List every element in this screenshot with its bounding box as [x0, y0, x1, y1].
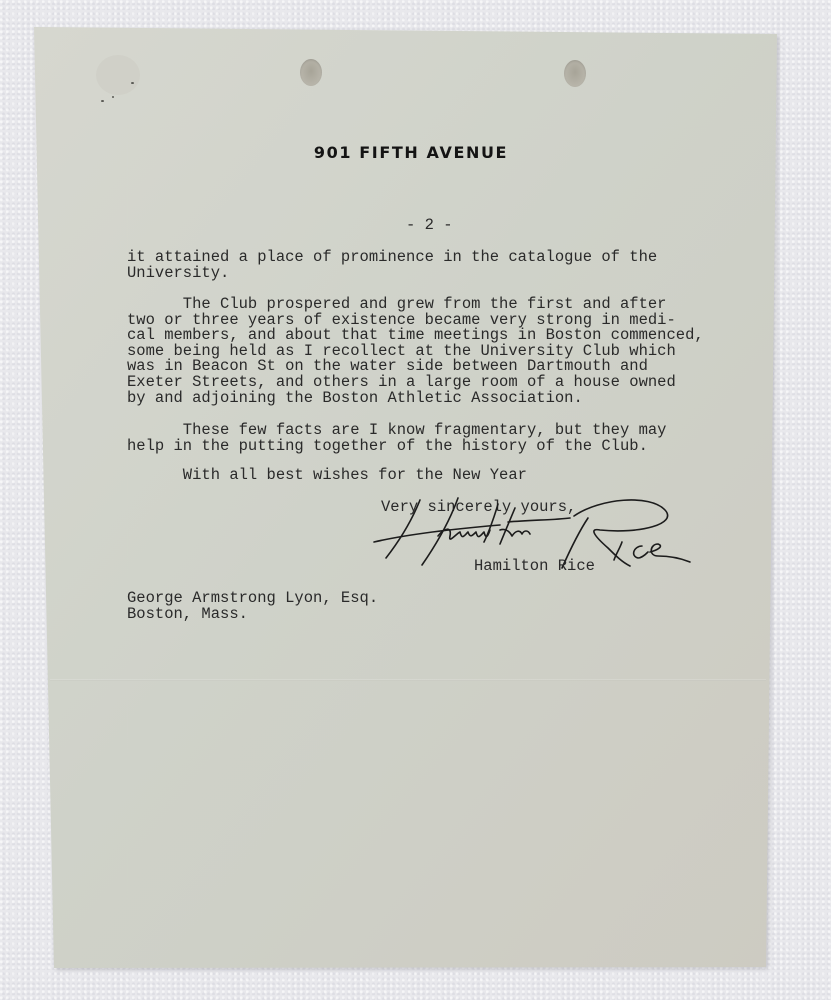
photo-background: 901 FIFTH AVENUE - 2 - it attained a pla… [0, 0, 831, 1000]
typed-signatory-name: Hamilton Rice [474, 559, 595, 575]
body-paragraph-2: The Club prospered and grew from the fir… [127, 297, 704, 406]
letterhead-address: 901 FIFTH AVENUE [300, 143, 522, 162]
page-number: - 2 - [406, 218, 453, 234]
body-paragraph-1: it attained a place of prominence in the… [127, 250, 657, 281]
addressee-block: George Armstrong Lyon, Esq. Boston, Mass… [127, 591, 378, 622]
paper-fold-line [50, 679, 766, 681]
new-year-wishes: With all best wishes for the New Year [127, 468, 527, 484]
body-paragraph-3: These few facts are I know fragmentary, … [127, 423, 667, 454]
ink-speck [101, 100, 104, 102]
ink-speck [112, 96, 114, 98]
punch-hole-left [300, 59, 322, 86]
ink-speck [131, 82, 134, 84]
valediction: Very sincerely yours, [381, 500, 576, 516]
punch-hole-right [564, 60, 586, 87]
